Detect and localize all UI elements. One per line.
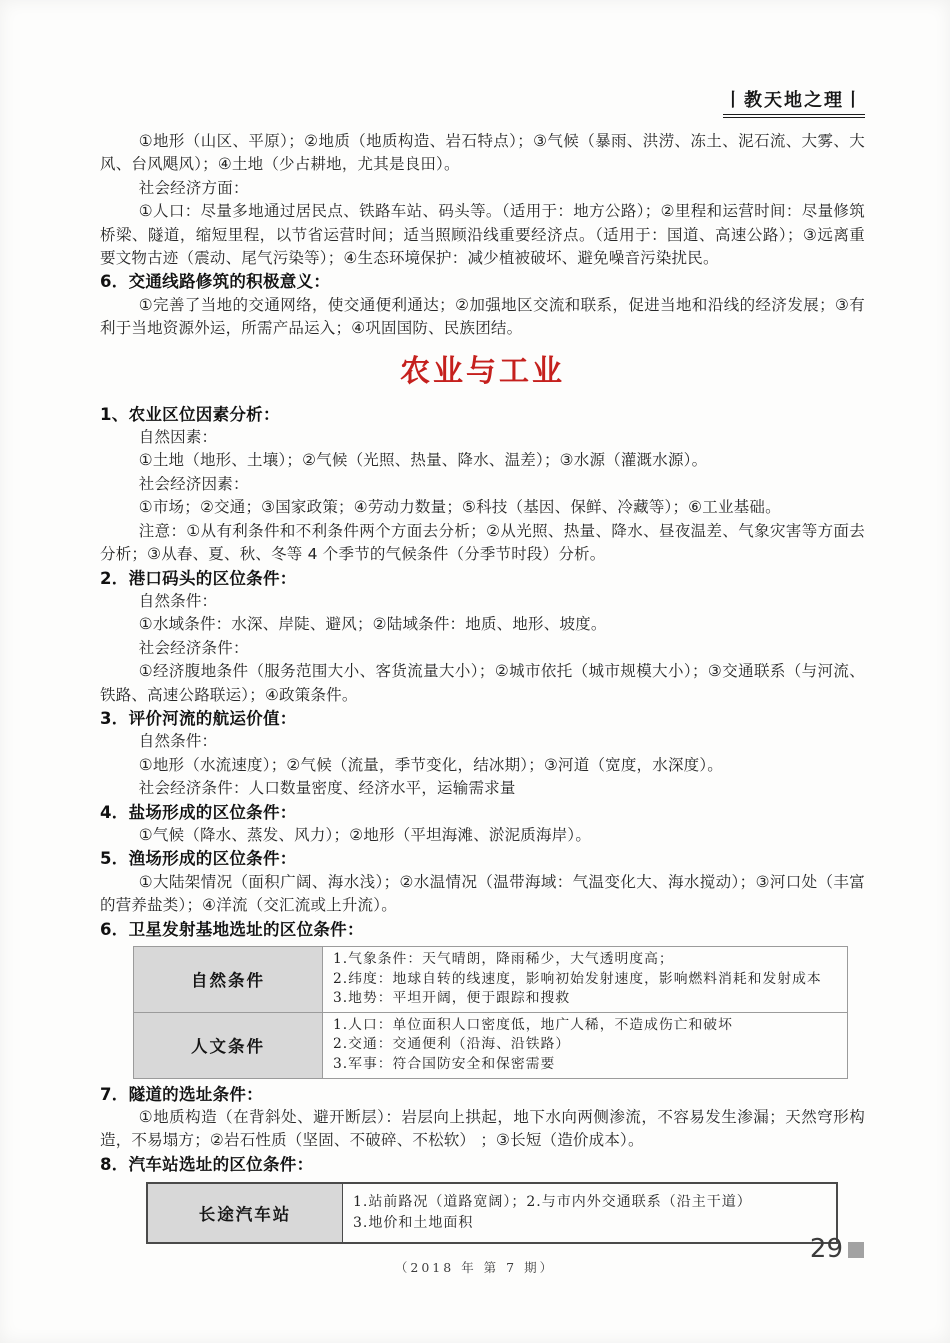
paragraph-natural-factors-label: 自然因素： [100, 426, 865, 449]
paragraph-port-socioeconomic: ①经济腹地条件（服务范围大小、客货流量大小）；②城市依托（城市规模大小）；③交通… [100, 660, 865, 707]
paragraph-fishery: ①大陆架情况（面积广阔、海水浅）；②水温情况（温带海域：气温变化大、海水搅动）；… [100, 871, 865, 918]
footer-issue: （2018 年 第 7 期） [0, 1258, 950, 1276]
cell-line: 3.地价和土地面积 [353, 1213, 826, 1234]
table-row-human: 人文条件 1.人口：单位面积人口密度低，地广人稀，不造成伤亡和破坏 2.交通：交… [134, 1012, 848, 1078]
page-number: 29 [810, 1236, 843, 1262]
paragraph-agriculture-natural: ①土地（地形、土壤）；②气候（光照、热量、降水、温差）；③水源（灌溉水源）。 [100, 449, 865, 472]
paragraph-river-natural-label: 自然条件： [100, 730, 865, 753]
heading-river-navigation: 3．评价河流的航运价值： [100, 707, 865, 730]
row-header-bus: 长途汽车站 [147, 1183, 343, 1243]
heading-saltfield-conditions: 4．盐场形成的区位条件： [100, 801, 865, 824]
paragraph-port-natural-label: 自然条件： [100, 590, 865, 613]
article-title: 农业与工业 [100, 355, 865, 389]
cell-line: 2.交通：交通便利（沿海、沿铁路） [333, 1035, 837, 1055]
row-body-natural: 1.气象条件：天气晴朗，降雨稀少，大气透明度高； 2.纬度：地球自转的线速度，影… [323, 947, 848, 1013]
row-header-natural: 自然条件 [134, 947, 323, 1013]
paragraph-port-natural: ①水域条件：水深、岸陡、避风；②陆域条件：地质、地形、坡度。 [100, 613, 865, 636]
satellite-site-table: 自然条件 1.气象条件：天气晴朗，降雨稀少，大气透明度高； 2.纬度：地球自转的… [133, 946, 848, 1079]
row-body-bus: 1.站前路况（道路宽阔）；2.与市内外交通联系（沿主干道） 3.地价和土地面积 [343, 1183, 838, 1243]
cell-line: 2.纬度：地球自转的线速度，影响初始发射速度，影响燃料消耗和发射成本 [333, 970, 837, 990]
paragraph-natural-factors-roads: ①地形（山区、平原）；②地质（地质构造、岩石特点）；③气候（暴雨、洪涝、冻土、泥… [100, 130, 865, 177]
paragraph-socioeconomic-factors-label: 社会经济因素： [100, 473, 865, 496]
heading-transport-significance: 6．交通线路修筑的积极意义： [100, 270, 865, 293]
heading-tunnel-site: 7．隧道的选址条件： [100, 1083, 865, 1106]
paragraph-socioeconomic-roads: ①人口：尽量多地通过居民点、铁路车站、码头等。（适用于：地方公路）；②里程和运营… [100, 200, 865, 270]
document-page: 教天地之理 ①地形（山区、平原）；②地质（地质构造、岩石特点）；③气候（暴雨、洪… [0, 0, 950, 1343]
cell-line: 1.人口：单位面积人口密度低，地广人稀，不造成伤亡和破坏 [333, 1016, 837, 1036]
paragraph-river-socioeconomic: 社会经济条件：人口数量密度、经济水平，运输需求量 [100, 777, 865, 800]
paragraph-saltfield: ①气候（降水、蒸发、风力）；②地形（平坦海滩、淤泥质海岸）。 [100, 824, 865, 847]
heading-port-conditions: 2．港口码头的区位条件： [100, 567, 865, 590]
bus-station-table: 长途汽车站 1.站前路况（道路宽阔）；2.与市内外交通联系（沿主干道） 3.地价… [146, 1182, 838, 1244]
article-body: ①地形（山区、平原）；②地质（地质构造、岩石特点）；③气候（暴雨、洪涝、冻土、泥… [100, 130, 865, 1244]
heading-agriculture-location: 1、农业区位因素分析： [100, 403, 865, 426]
table-row-natural: 自然条件 1.气象条件：天气晴朗，降雨稀少，大气透明度高； 2.纬度：地球自转的… [134, 947, 848, 1013]
cell-line: 3.军事：符合国防安全和保密需要 [333, 1055, 837, 1075]
paragraph-port-socioeconomic-label: 社会经济条件： [100, 637, 865, 660]
row-body-human: 1.人口：单位面积人口密度低，地广人稀，不造成伤亡和破坏 2.交通：交通便利（沿… [323, 1012, 848, 1078]
heading-fishery-conditions: 5．渔场形成的区位条件： [100, 847, 865, 870]
paragraph-transport-significance: ①完善了当地的交通网络，使交通便利通达；②加强地区交流和联系，促进当地和沿线的经… [100, 294, 865, 341]
paragraph-agriculture-socioeconomic: ①市场；②交通；③国家政策；④劳动力数量；⑤科技（基因、保鲜、冷藏等）；⑥工业基… [100, 496, 865, 519]
paragraph-agriculture-note: 注意：①从有利条件和不利条件两个方面去分析；②从光照、热量、降水、昼夜温差、气象… [100, 520, 865, 567]
column-title: 教天地之理 [723, 90, 865, 118]
cell-line: 1.气象条件：天气晴朗，降雨稀少，大气透明度高； [333, 950, 837, 970]
heading-satellite-site: 6．卫星发射基地选址的区位条件： [100, 918, 865, 941]
paragraph-tunnel: ①地质构造（在背斜处、避开断层）：岩层向上拱起，地下水向两侧渗流，不容易发生渗漏… [100, 1106, 865, 1153]
page-corner-mark-icon [848, 1242, 864, 1258]
paragraph-river-natural: ①地形（水流速度）；②气候（流量，季节变化，结冰期）；③河道（宽度，水深度）。 [100, 754, 865, 777]
heading-bus-station-site: 8．汽车站选址的区位条件： [100, 1153, 865, 1176]
table-row-bus: 长途汽车站 1.站前路况（道路宽阔）；2.与市内外交通联系（沿主干道） 3.地价… [147, 1183, 837, 1243]
cell-line: 1.站前路况（道路宽阔）；2.与市内外交通联系（沿主干道） [353, 1192, 826, 1213]
paragraph-socioeconomic-label: 社会经济方面： [100, 177, 865, 200]
page-number-wrap: 29 [810, 1236, 864, 1262]
cell-line: 3.地势：平坦开阔，便于跟踪和搜救 [333, 989, 837, 1009]
row-header-human: 人文条件 [134, 1012, 323, 1078]
